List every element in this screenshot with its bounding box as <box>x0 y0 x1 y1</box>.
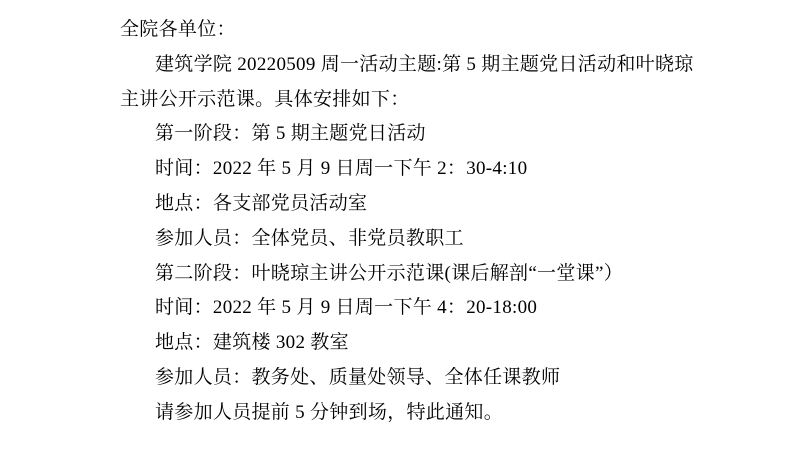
notice-phase1-time: 时间：2022 年 5 月 9 日周一下午 2：30-4:10 <box>120 152 686 187</box>
notice-phase2-time: 时间：2022 年 5 月 9 日周一下午 4：20-18:00 <box>120 291 686 326</box>
notice-intro-line-1: 建筑学院 20220509 周一活动主题:第 5 期主题党日活动和叶晓琼 <box>120 48 686 83</box>
notice-closing: 请参加人员提前 5 分钟到场，特此通知。 <box>120 396 686 431</box>
notice-phase1-location: 地点：各支部党员活动室 <box>120 187 686 222</box>
notice-phase2-location: 地点：建筑楼 302 教室 <box>120 326 686 361</box>
notice-salutation: 全院各单位： <box>120 13 686 48</box>
notice-intro-line-2: 主讲公开示范课。具体安排如下： <box>120 83 686 118</box>
notice-document: 全院各单位： 建筑学院 20220509 周一活动主题:第 5 期主题党日活动和… <box>120 13 686 431</box>
notice-phase2-title: 第二阶段：叶晓琼主讲公开示范课(课后解剖“一堂课”） <box>120 257 686 292</box>
notice-phase1-title: 第一阶段：第 5 期主题党日活动 <box>120 117 686 152</box>
notice-phase1-attendees: 参加人员：全体党员、非党员教职工 <box>120 222 686 257</box>
notice-phase2-attendees: 参加人员：教务处、质量处领导、全体任课教师 <box>120 361 686 396</box>
